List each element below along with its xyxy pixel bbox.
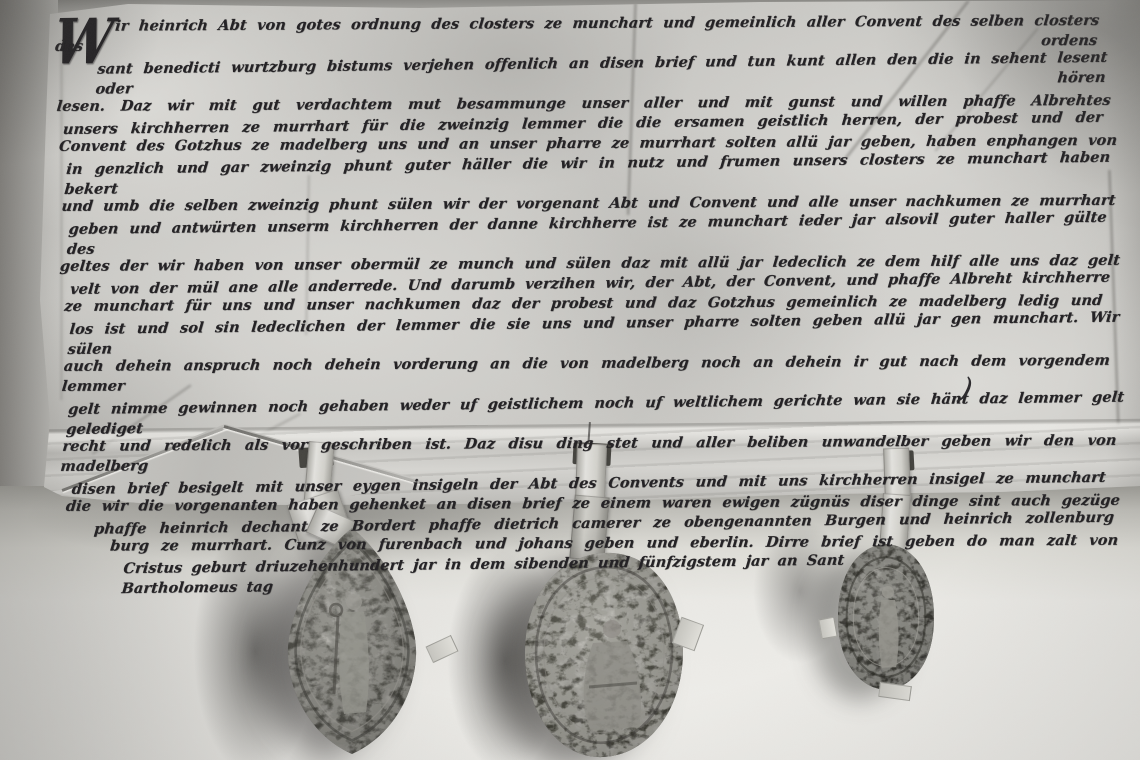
manuscript-text: W ir heinrich Abt von gotes ordnung des … xyxy=(56,10,1131,598)
seal-tab xyxy=(818,617,837,639)
manuscript-line: Cristus geburt driuzehenhundert jar in d… xyxy=(121,549,945,599)
charter-photograph: W ir heinrich Abt von gotes ordnung des … xyxy=(0,0,1140,760)
